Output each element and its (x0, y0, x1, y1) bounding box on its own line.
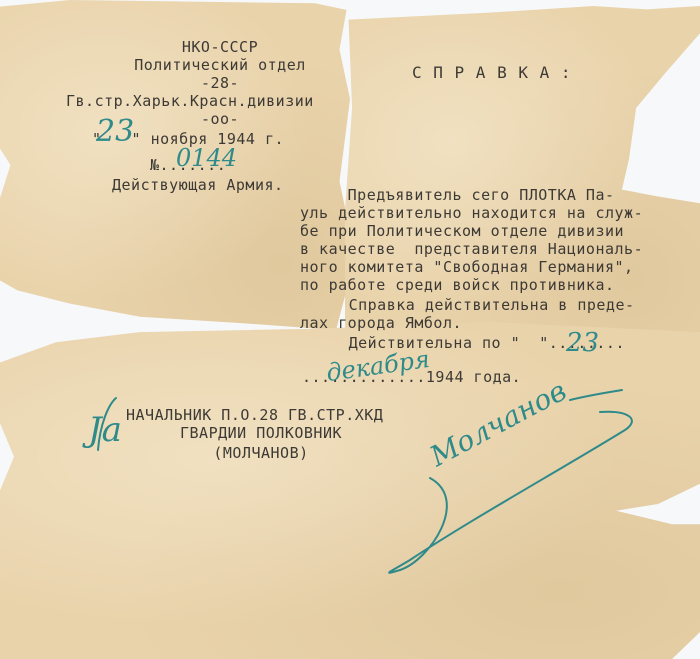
body-line: Предъявитель сего ПЛОТКА Па- (300, 186, 615, 204)
letterhead-org: НКО-СССР (100, 38, 340, 56)
letterhead-separator: -оо- (100, 110, 340, 128)
body-line: уль действительно находится на служ- (300, 204, 643, 222)
signatory-name: (МОЛЧАНОВ) (126, 444, 396, 462)
body-line: Справка действительна в преде- (320, 296, 635, 314)
document-title: С П Р А В К А : (412, 64, 572, 82)
handwritten-date-day: 23 (96, 114, 134, 149)
handwritten-initial: Ja (88, 410, 122, 450)
signatory-rank: ГВАРДИИ ПОЛКОВНИК (126, 424, 396, 442)
letterhead-unit-number: -28- (100, 74, 340, 92)
letterhead-division: Гв.стр.Харьк.Красн.дивизии (66, 92, 314, 110)
body-line: ного комитета "Свободная Германия", (300, 258, 634, 276)
body-line: бе при Политическом отделе дивизии (300, 222, 624, 240)
letterhead-department: Политический отдел (100, 56, 340, 74)
handwritten-document-number: 0144 (176, 144, 237, 172)
letterhead-army: Действующая Армия. (112, 176, 284, 194)
signatory-title: НАЧАЛЬНИК П.О.28 ГВ.СТР.ХКД (126, 406, 383, 424)
document-fragment-upper-right (345, 6, 700, 346)
body-line: лах города Ямбол. (300, 314, 462, 332)
body-line: по работе среди войск противника. (300, 276, 615, 294)
handwritten-valid-day: 23 (566, 328, 599, 358)
body-line: в качестве представителя Националь- (300, 240, 643, 258)
